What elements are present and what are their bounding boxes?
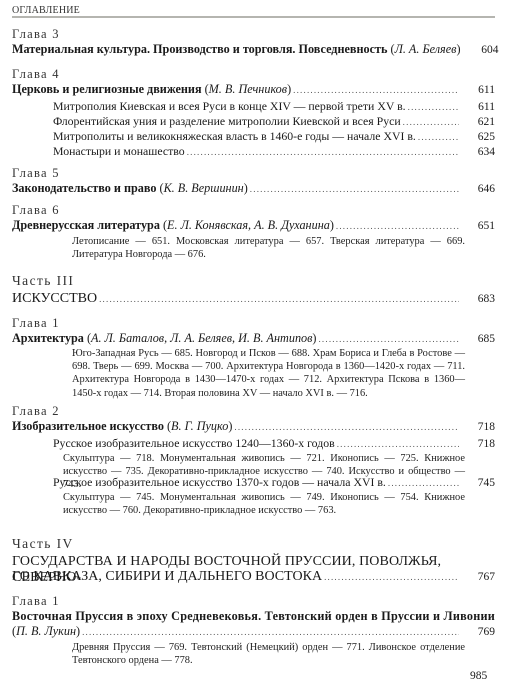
chapter-label: Глава 1: [12, 594, 60, 609]
dot-leader: [99, 294, 459, 304]
subentry-title: Монастыри и монашество: [53, 144, 185, 159]
subentry-title: Русское изобразительное искусство 1240—1…: [53, 436, 335, 451]
page-ref: 718: [471, 421, 495, 433]
toc-entry-art[interactable]: ИСКУССТВО 683: [12, 291, 495, 307]
page-ref: 745: [471, 477, 495, 489]
toc-entry-prussia[interactable]: (П. В. Лукин) 769: [12, 624, 495, 640]
subentry-title: Флорентийская уния и разделение митропол…: [53, 114, 401, 129]
part-title: ИСКУССТВО: [12, 291, 97, 307]
subentry-description: Скульптура — 745. Монументальная живопис…: [63, 491, 465, 517]
page-ref: 769: [471, 626, 495, 638]
dot-leader: [336, 221, 459, 231]
part-title-line2: ГО КАВКАЗА, СИБИРИ И ДАЛЬНЕГО ВОСТОКА: [12, 569, 322, 585]
toc-entry-material-culture[interactable]: Материальная культура. Производство и то…: [12, 42, 495, 58]
page-ref: 604: [475, 44, 499, 56]
chapter-label: Глава 5: [12, 166, 60, 181]
toc-entry-literature[interactable]: Древнерусская литература (Е. Л. Конявска…: [12, 218, 495, 234]
entry-author: Л. А. Беляев: [395, 42, 457, 56]
dot-leader: [388, 478, 459, 488]
dot-leader: [318, 334, 459, 344]
page-ref: 646: [471, 183, 495, 195]
entry-author: М. В. Печников: [209, 82, 287, 96]
chapter-label: Глава 1: [12, 316, 60, 331]
page-ref: 718: [471, 438, 495, 450]
chapter-label: Глава 4: [12, 67, 60, 82]
dot-leader: [250, 184, 459, 194]
page-ref: 651: [471, 220, 495, 232]
header-rule: [12, 16, 495, 18]
toc-subentry[interactable]: Монастыри и монашество 634: [53, 144, 495, 160]
part-label: Часть IV: [12, 536, 74, 552]
subentry-title: Русское изобразительное искусство 1370-х…: [53, 475, 386, 490]
page-ref: 767: [471, 571, 495, 583]
dot-leader: [234, 422, 459, 432]
toc-subentry[interactable]: Русское изобразительное искусство 1240—1…: [53, 436, 495, 452]
part-label: Часть III: [12, 273, 74, 289]
page-ref: 625: [471, 131, 495, 143]
dot-leader: [403, 117, 459, 127]
page-number: 985: [470, 670, 487, 682]
entry-title: Архитектура: [12, 331, 84, 345]
chapter-label: Глава 2: [12, 404, 60, 419]
toc-entry-law[interactable]: Законодательство и право (К. В. Вершинин…: [12, 181, 495, 197]
toc-entry-architecture[interactable]: Архитектура (А. Л. Баталов, Л. А. Беляев…: [12, 331, 495, 347]
entry-author: В. Г. Пуцко: [171, 419, 228, 433]
entry-title: Церковь и религиозные движения: [12, 82, 202, 96]
toc-entry-states[interactable]: ГО КАВКАЗА, СИБИРИ И ДАЛЬНЕГО ВОСТОКА 76…: [12, 569, 495, 585]
dot-leader: [187, 147, 459, 157]
dot-leader: [408, 102, 459, 112]
chapter-label: Глава 3: [12, 27, 60, 42]
page-ref: 611: [471, 84, 495, 96]
page-ref: 634: [471, 146, 495, 158]
entry-title: Изобразительное искусство: [12, 419, 164, 433]
chapter-label: Глава 6: [12, 203, 60, 218]
toc-entry-church[interactable]: Церковь и религиозные движения (М. В. Пе…: [12, 82, 495, 98]
page-ref: 685: [471, 333, 495, 345]
toc-subentry[interactable]: Митрополиты и великокняжеская власть в 1…: [53, 129, 495, 145]
entry-title: Восточная Пруссия в эпоху Средневековья.…: [12, 609, 495, 624]
entry-description: Юго-Западная Русь — 685. Новгород и Пско…: [72, 347, 465, 400]
dot-leader: [418, 132, 459, 142]
dot-leader: [324, 572, 459, 582]
entry-author: К. В. Вершинин: [164, 181, 244, 195]
toc-subentry[interactable]: Русское изобразительное искусство 1370-х…: [53, 475, 495, 491]
entry-title: Законодательство и право: [12, 181, 156, 195]
toc-subentry[interactable]: Митрополия Киевская и всея Руси в конце …: [53, 99, 495, 115]
entry-title: Материальная культура. Производство и то…: [12, 42, 387, 56]
toc-entry-fine-art[interactable]: Изобразительное искусство (В. Г. Пуцко) …: [12, 419, 495, 435]
entry-author: А. Л. Баталов, Л. А. Беляев, И. В. Антип…: [91, 331, 312, 345]
page-ref: 683: [471, 293, 495, 305]
dot-leader: [82, 627, 459, 637]
page-ref: 611: [471, 101, 495, 113]
toc-subentry[interactable]: Флорентийская уния и разделение митропол…: [53, 114, 495, 130]
page-ref: 621: [471, 116, 495, 128]
entry-title: Древнерусская литература: [12, 218, 160, 232]
entry-author: Е. Л. Конявская, А. В. Духанина: [167, 218, 330, 232]
entry-description: Летописание — 651. Московская литература…: [72, 235, 465, 261]
subentry-title: Митрополиты и великокняжеская власть в 1…: [53, 129, 416, 144]
entry-description: Древняя Пруссия — 769. Тевтонский (Немец…: [72, 641, 465, 667]
running-head: ОГЛАВЛЕНИЕ: [12, 5, 80, 16]
entry-author: П. В. Лукин: [16, 624, 76, 638]
dot-leader: [337, 439, 459, 449]
dot-leader: [293, 85, 459, 95]
subentry-title: Митрополия Киевская и всея Руси в конце …: [53, 99, 406, 114]
